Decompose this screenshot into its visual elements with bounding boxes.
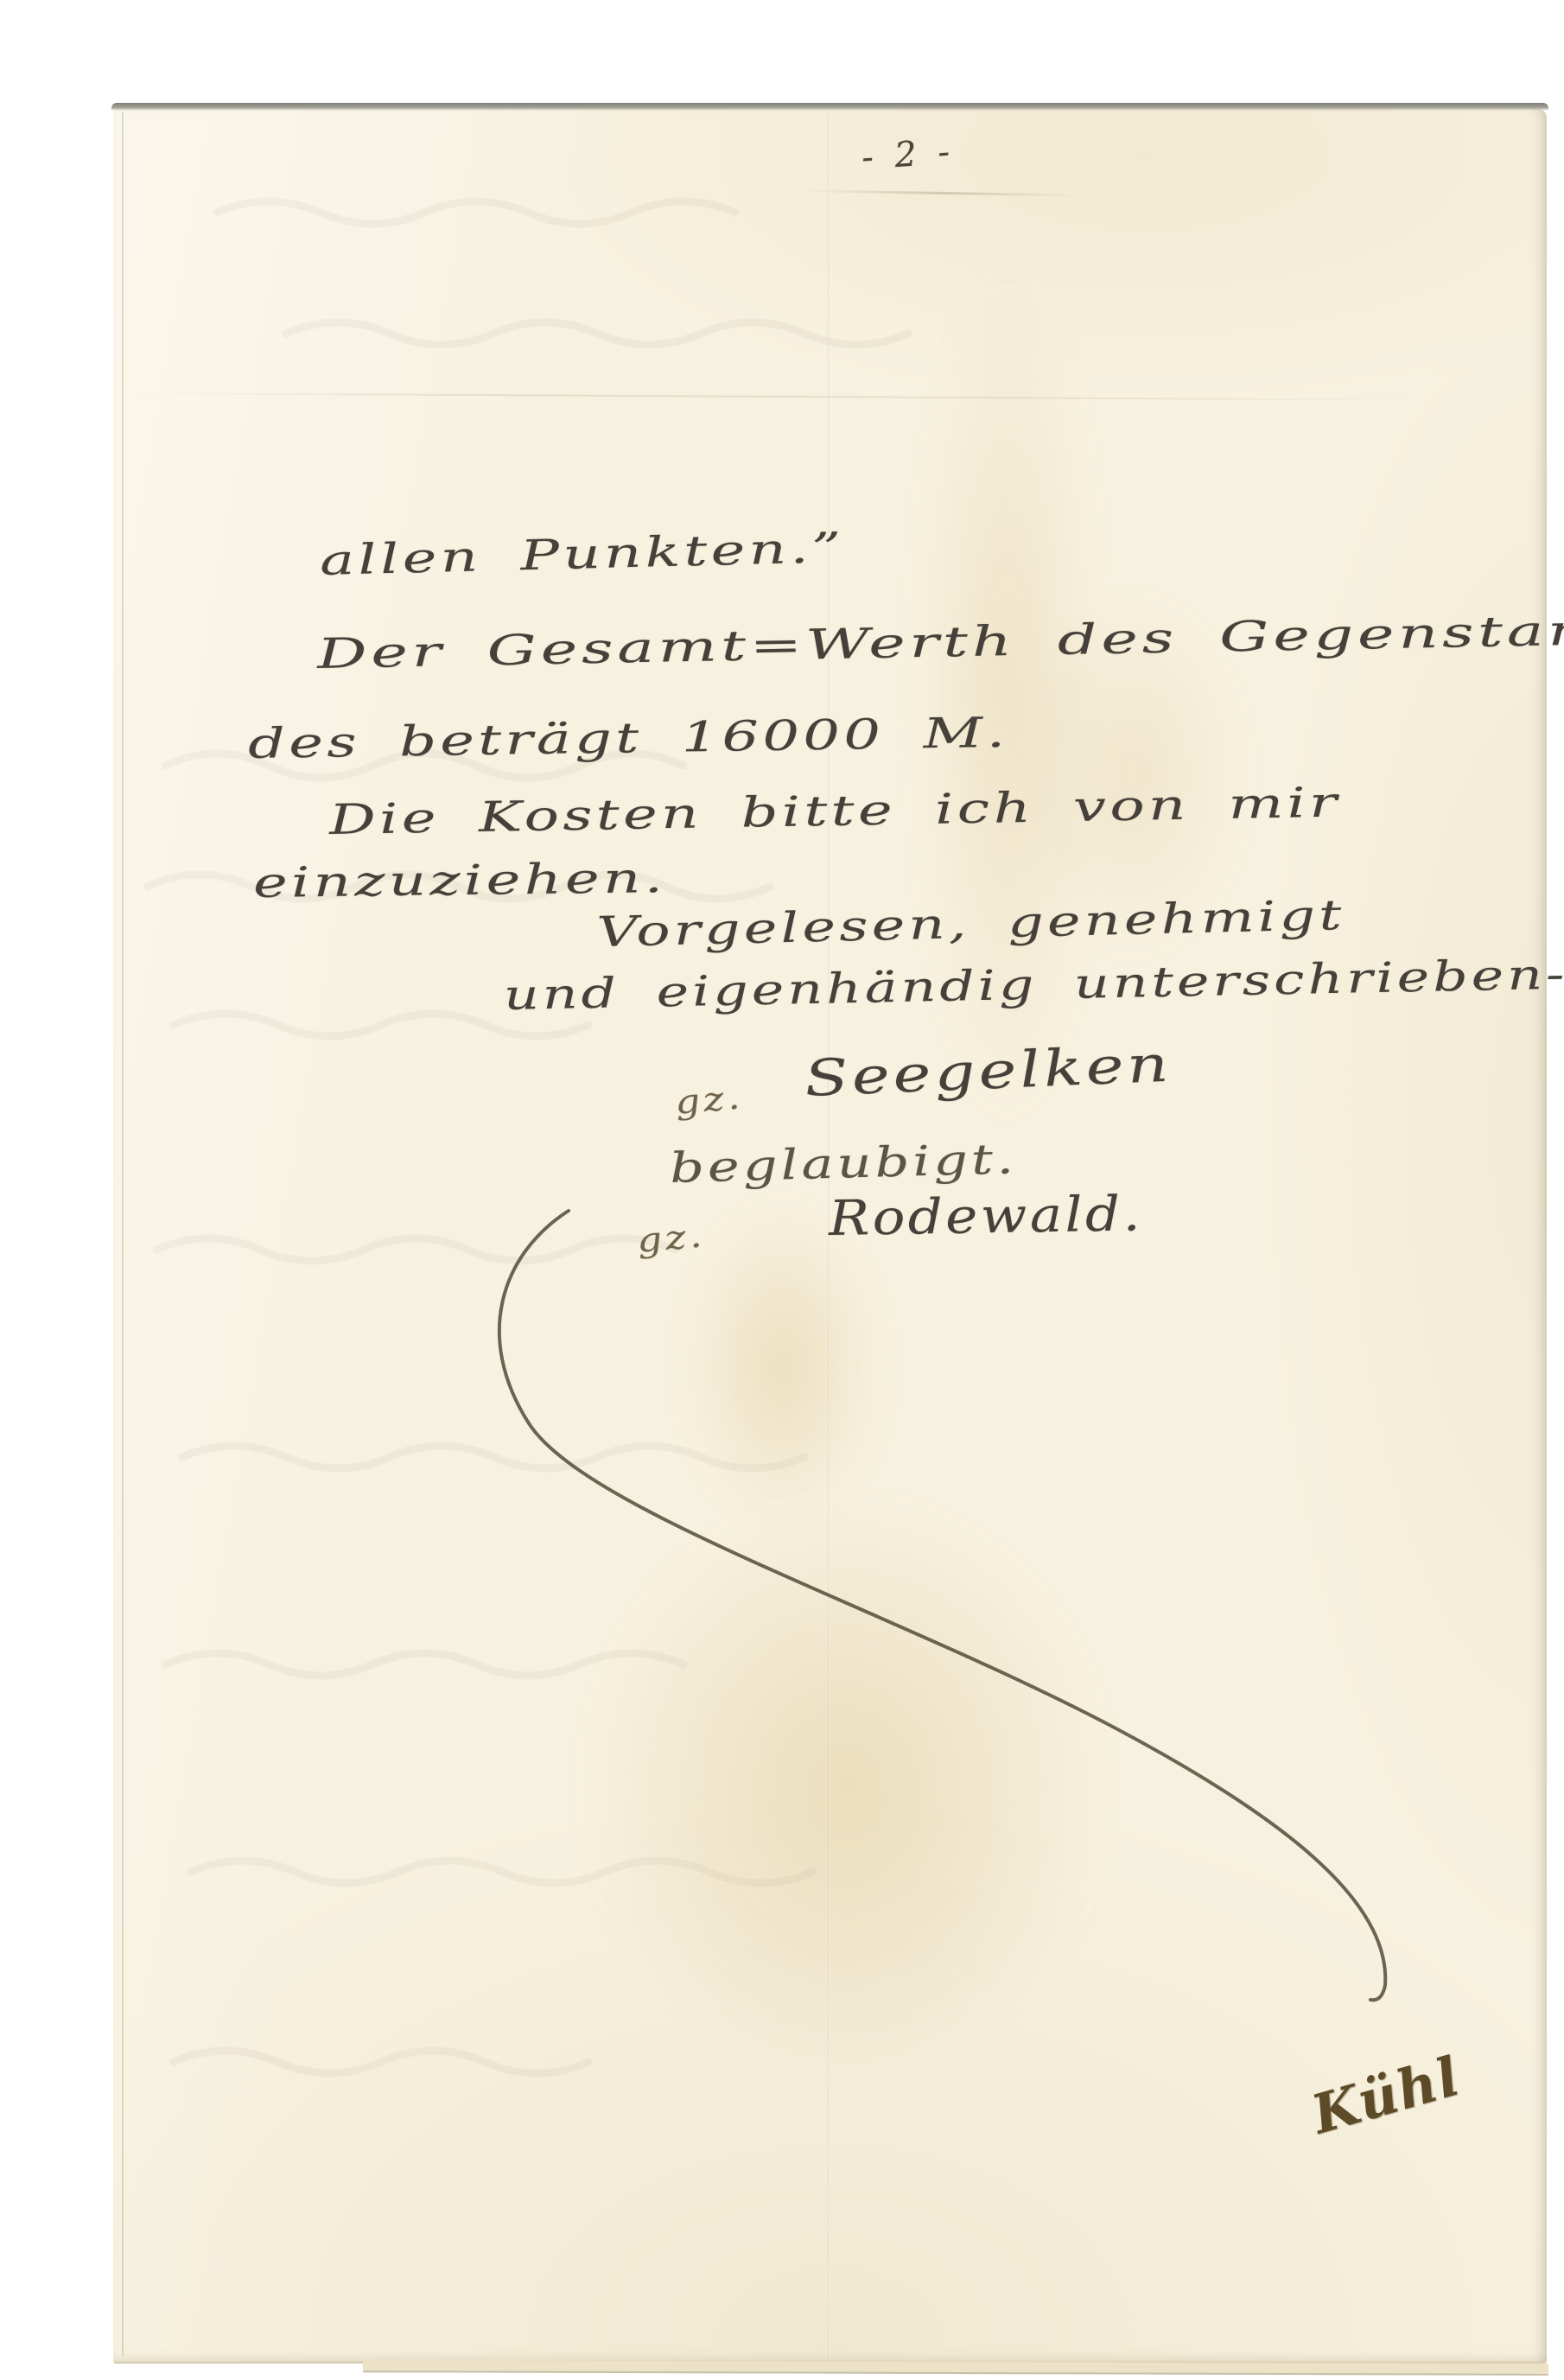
scan-background: { "document": { "page_number": "- 2 -", … (0, 0, 1564, 2380)
gz-abbreviation-1: gz. (672, 1078, 745, 1122)
horizontal-crease (130, 392, 1444, 401)
underlying-sheet-edge (363, 2360, 1548, 2376)
handwritten-line-3: des beträgt 16000 M. (247, 709, 1009, 768)
page-number: - 2 - (838, 130, 979, 179)
signature-seegelken: Seegelken (803, 1034, 1173, 1108)
handwritten-line-7: und eigenhändig unterschrieben- (503, 951, 1564, 1020)
handwritten-line-2: Der Gesamt=Werth des Gegenstan- (316, 606, 1564, 678)
sheet-left-edge-line (122, 112, 124, 2356)
handwritten-line-6: Vorgelesen, genehmigt (596, 891, 1346, 957)
handwritten-line-1: allen Punkten.” (319, 524, 847, 585)
handwritten-line-5: einzuziehen. (252, 854, 666, 907)
attestation-label: beglaubigt. (669, 1135, 1018, 1193)
age-stain-middle (683, 1202, 882, 1530)
signature-rodewald: Rodewald. (828, 1186, 1143, 1247)
paper-sheet: - 2 - allen Punkten.” Der Gesamt=Werth d… (113, 109, 1547, 2364)
gz-abbreviation-2: gz. (634, 1216, 707, 1260)
handwritten-line-4: Die Kosten bitte ich von mir (328, 779, 1341, 844)
page-number-underline (804, 189, 1081, 197)
age-stain-lower (587, 1500, 1105, 2071)
paraph-mark: Kühl (1305, 2044, 1467, 2146)
